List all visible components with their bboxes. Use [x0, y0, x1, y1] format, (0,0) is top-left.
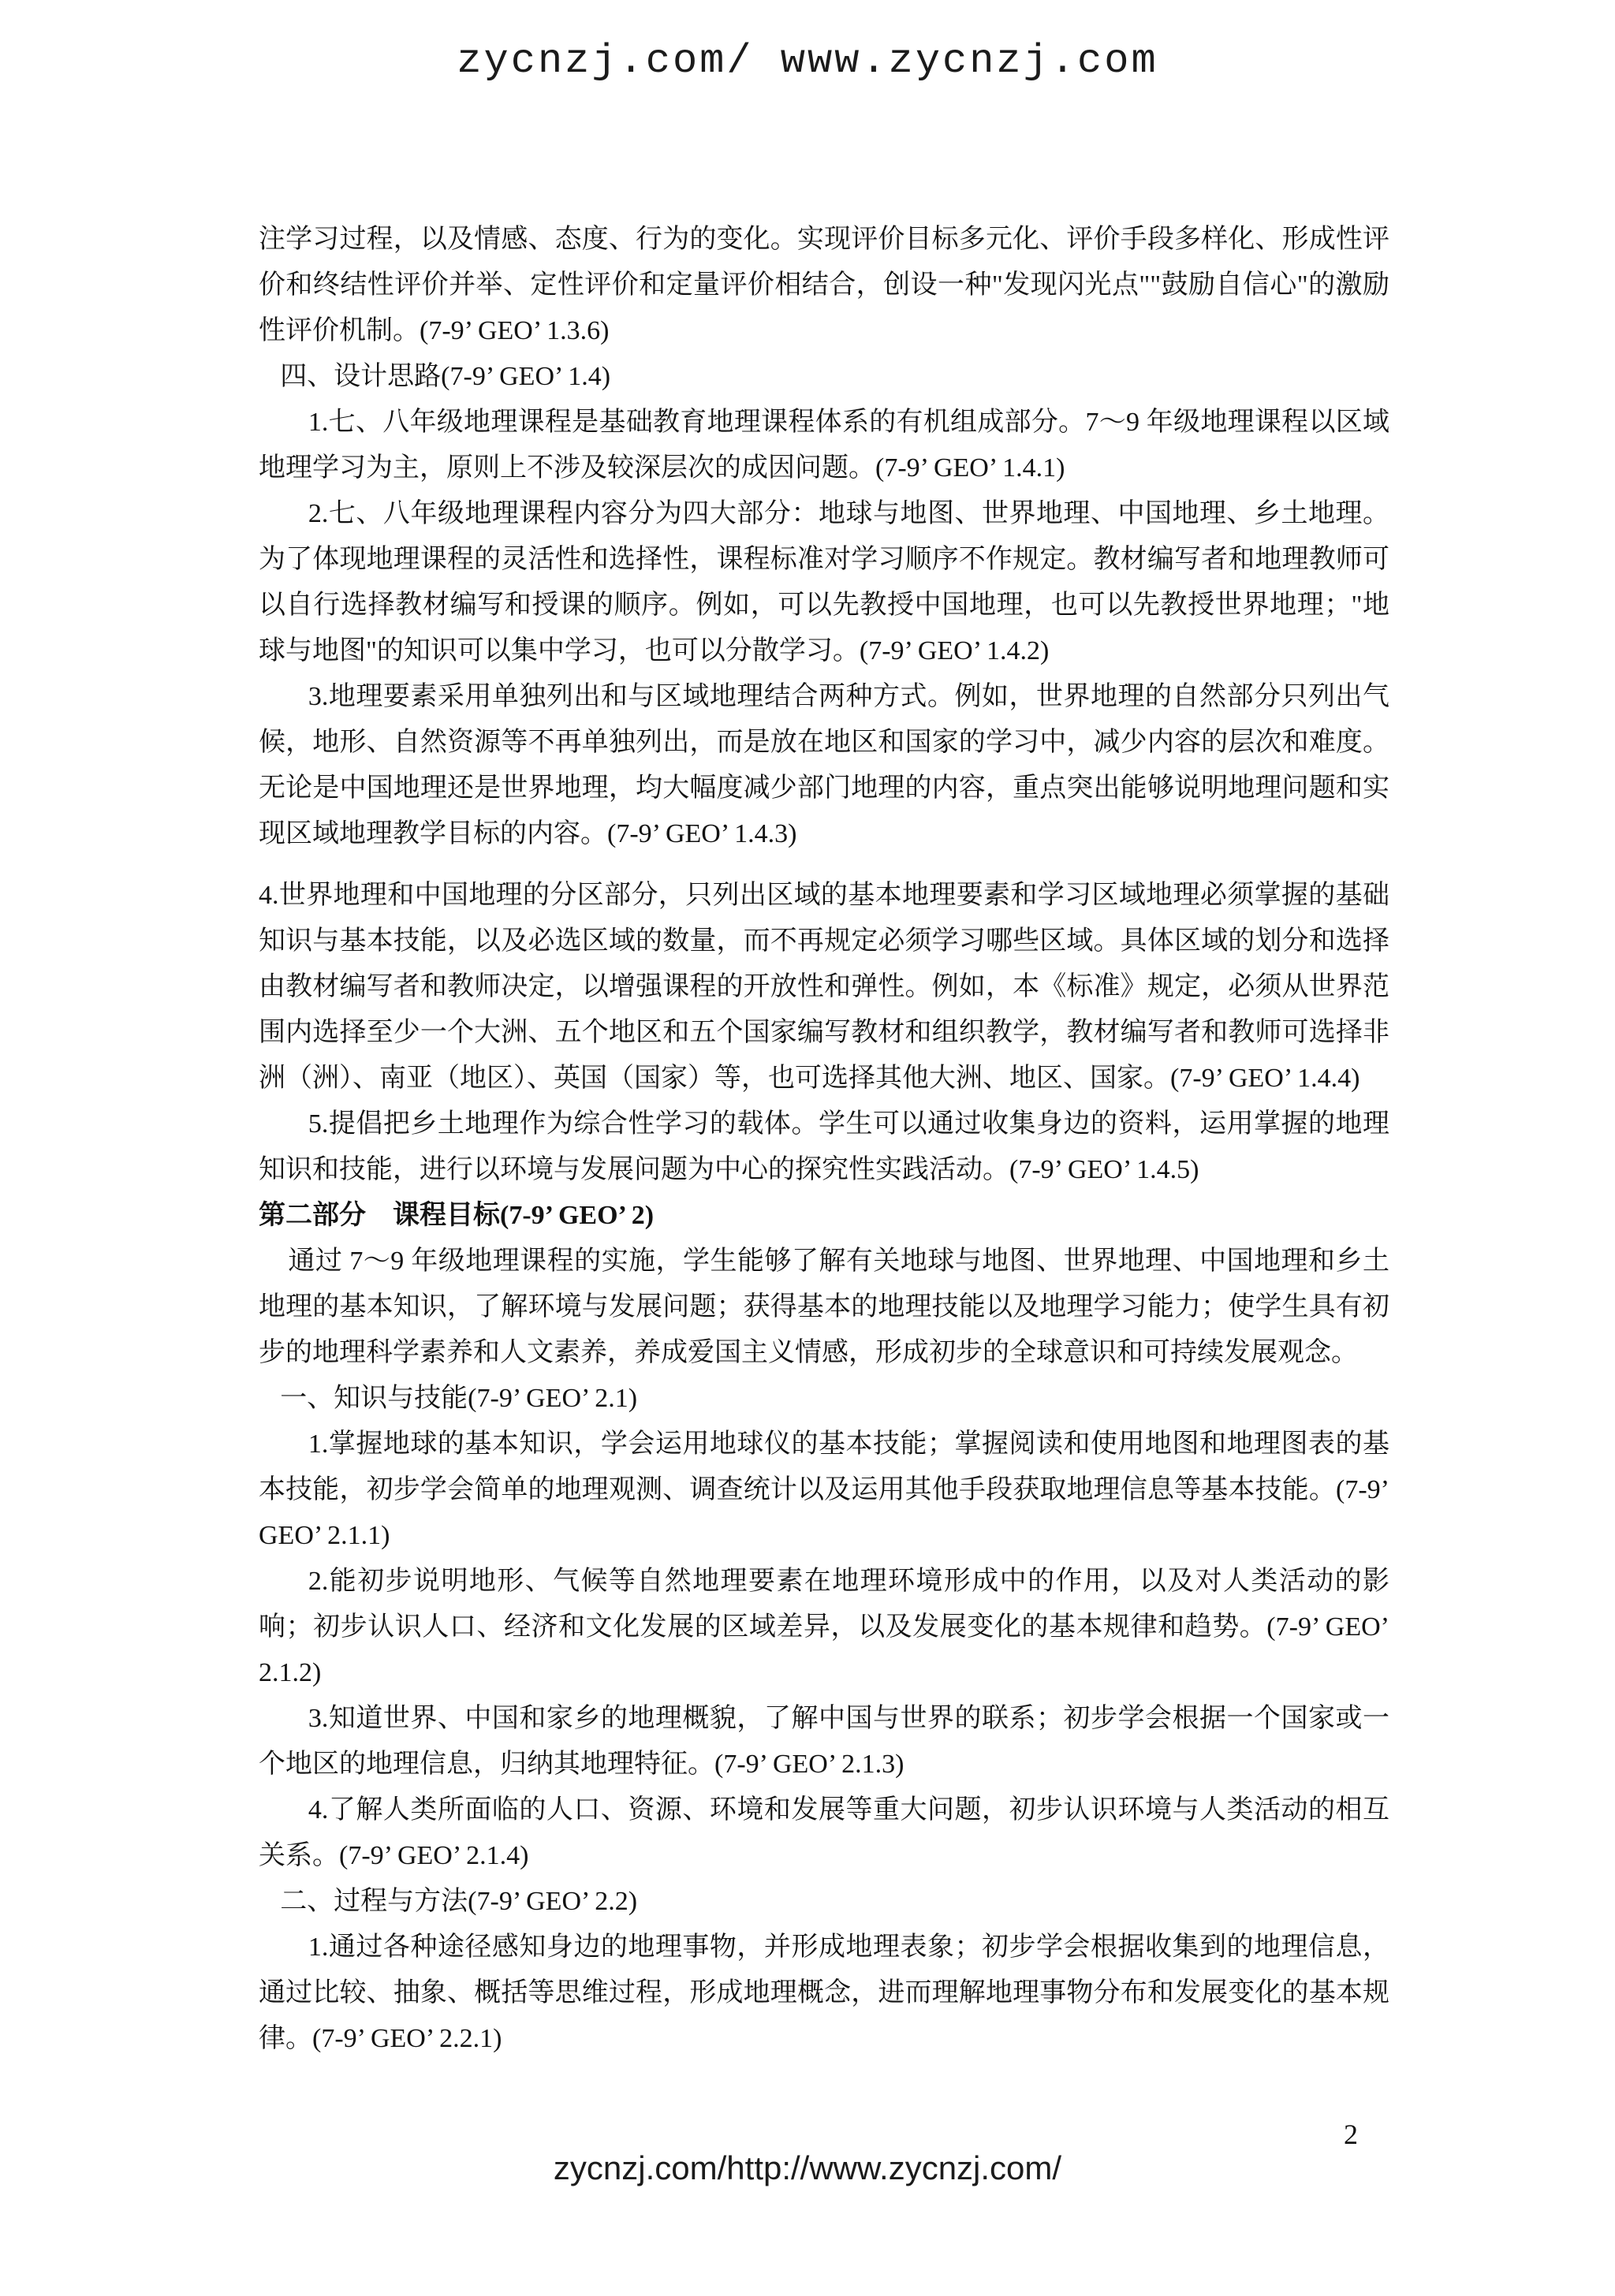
- document-body: 注学习过程，以及情感、态度、行为的变化。实现评价目标多元化、评价手段多样化、形成…: [259, 217, 1389, 2062]
- footer-watermark: zycnzj.com/http://www.zycnzj.com/: [0, 2149, 1615, 2187]
- section-heading-part2: 第二部分 课程目标(7-9’ GEO’ 2): [259, 1193, 1389, 1239]
- paragraph-1-4-1: 1.七、八年级地理课程是基础教育地理课程体系的有机组成部分。7～9 年级地理课程…: [259, 400, 1389, 491]
- heading-knowledge-skills: 一、知识与技能(7-9’ GEO’ 2.1): [259, 1376, 1389, 1422]
- paragraph-2-1-4: 4.了解人类所面临的人口、资源、环境和发展等重大问题，初步认识环境与人类活动的相…: [259, 1787, 1389, 1879]
- paragraph-1-4-4: 4.世界地理和中国地理的分区部分，只列出区域的基本地理要素和学习区域地理必须掌握…: [259, 873, 1389, 1101]
- page-number: 2: [1344, 2118, 1358, 2151]
- paragraph-1-4-3: 3.地理要素采用单独列出和与区域地理结合两种方式。例如，世界地理的自然部分只列出…: [259, 674, 1389, 857]
- paragraph-2-2-1: 1.通过各种途径感知身边的地理事物，并形成地理表象；初步学会根据收集到的地理信息…: [259, 1925, 1389, 2062]
- paragraph-2-1-1: 1.掌握地球的基本知识，学会运用地球仪的基本技能；掌握阅读和使用地图和地理图表的…: [259, 1422, 1389, 1559]
- paragraph-eval-mechanism: 注学习过程，以及情感、态度、行为的变化。实现评价目标多元化、评价手段多样化、形成…: [259, 217, 1389, 354]
- document-page: zycnzj.com/ www.zycnzj.com 注学习过程，以及情感、态度…: [0, 0, 1615, 2296]
- paragraph-2-1-3: 3.知道世界、中国和家乡的地理概貌，了解中国与世界的联系；初步学会根据一个国家或…: [259, 1696, 1389, 1787]
- heading-design-ideas: 四、设计思路(7-9’ GEO’ 1.4): [259, 354, 1389, 400]
- heading-process-method: 二、过程与方法(7-9’ GEO’ 2.2): [259, 1879, 1389, 1925]
- paragraph-1-4-5: 5.提倡把乡土地理作为综合性学习的载体。学生可以通过收集身边的资料，运用掌握的地…: [259, 1101, 1389, 1193]
- header-watermark: zycnzj.com/ www.zycnzj.com: [0, 38, 1615, 84]
- paragraph-2-1-2: 2.能初步说明地形、气候等自然地理要素在地理环境形成中的作用，以及对人类活动的影…: [259, 1559, 1389, 1696]
- paragraph-goals-intro: 通过 7～9 年级地理课程的实施，学生能够了解有关地球与地图、世界地理、中国地理…: [259, 1239, 1389, 1376]
- paragraph-1-4-2: 2.七、八年级地理课程内容分为四大部分：地球与地图、世界地理、中国地理、乡土地理…: [259, 491, 1389, 674]
